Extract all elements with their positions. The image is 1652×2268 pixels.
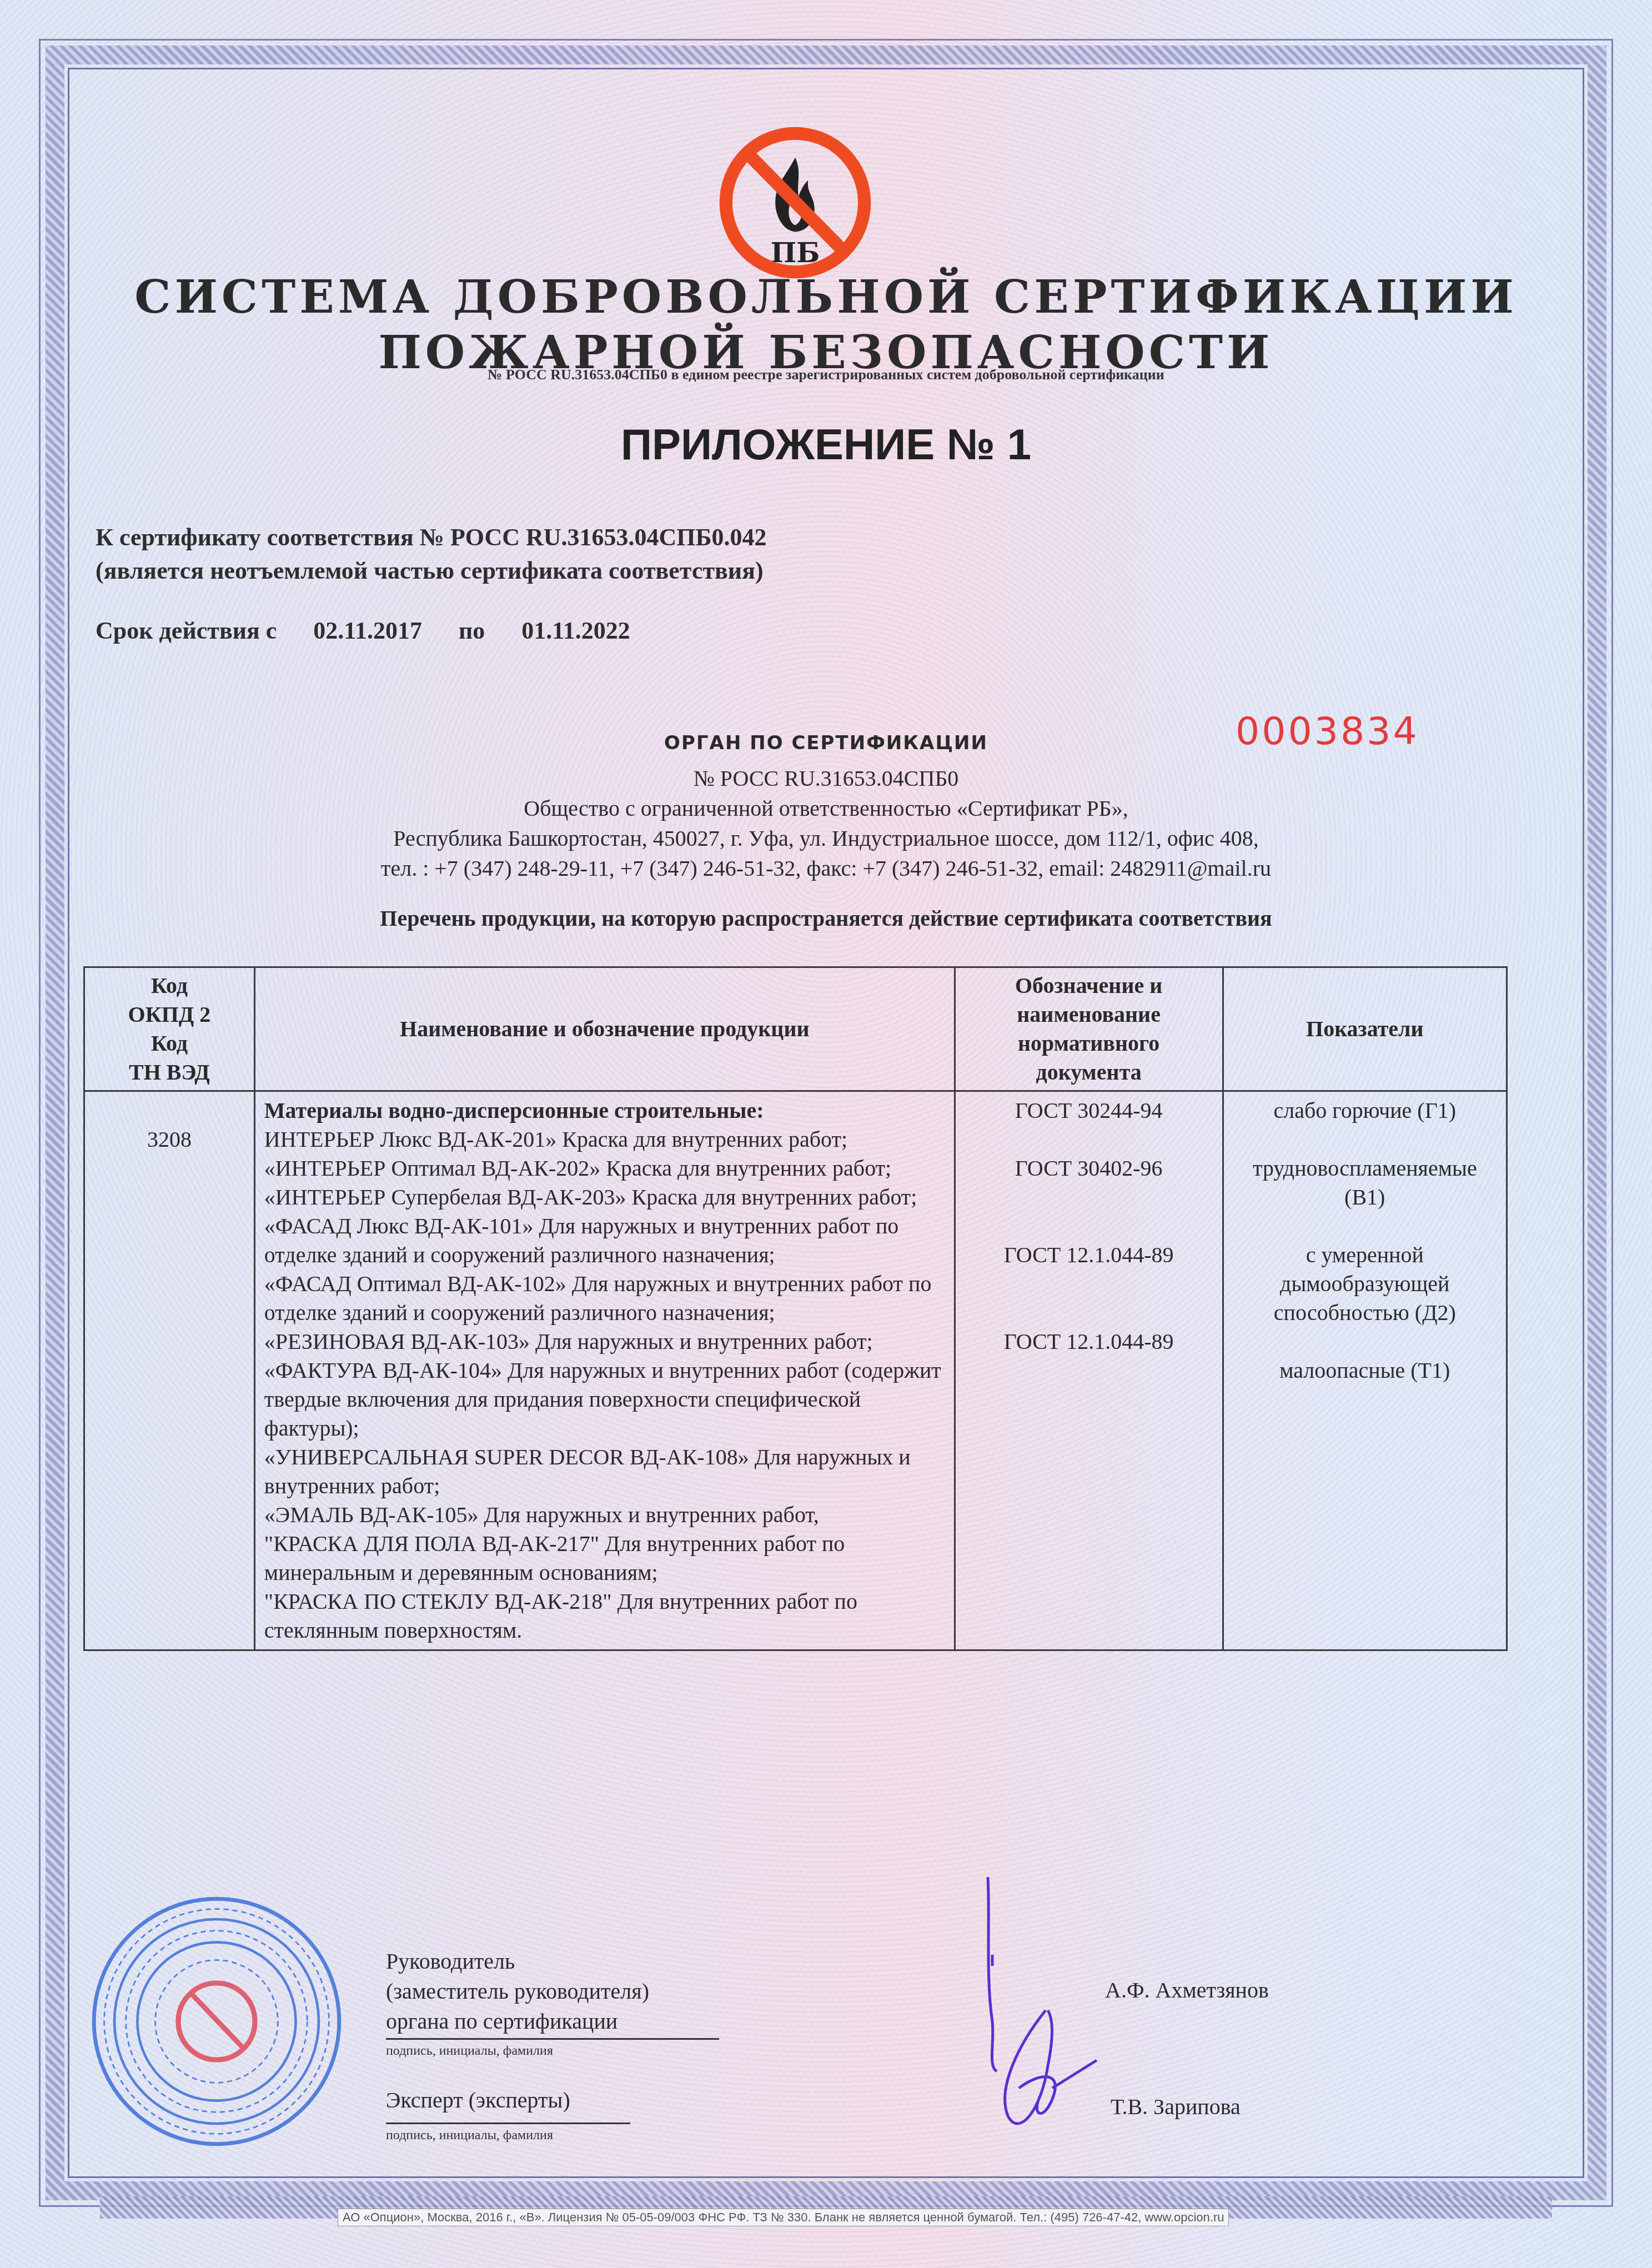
table-header-row: Код ОКПД 2 Код ТН ВЭД Наименование и обо… [84,967,1507,1091]
product-item: «УНИВЕРСАЛЬНАЯ SUPER DECOR ВД-АК-108» Дл… [264,1443,945,1501]
head-signature-caption: подпись, инициалы, фамилия [386,2044,553,2059]
expert-signature-caption: подпись, инициалы, фамилия [386,2128,553,2143]
product-items: ИНТЕРЬЕР Люкс ВД-АК-201» Краска для внут… [264,1125,945,1645]
handwritten-signature [975,1877,1152,2144]
product-item: «ИНТЕРЬЕР Супербелая ВД-АК-203» Краска д… [264,1183,945,1212]
product-item: «ЭМАЛЬ ВД-АК-105» Для наружных и внутрен… [264,1501,945,1529]
certification-body-details: № РОСС RU.31653.04СПБ0 Общество с ограни… [0,764,1652,884]
validity-to-label: по [459,616,485,645]
column-header-standard: Обозначение и наименование нормативного … [955,967,1223,1091]
certification-body-contacts: тел. : +7 (347) 248-29-11, +7 (347) 246-… [0,854,1652,884]
head-signatory-label: Руководитель (заместитель руководителя) … [386,1946,649,2036]
standard-item: ГОСТ 30402-96 [965,1154,1213,1183]
system-title: СИСТЕМА ДОБРОВОЛЬНОЙ СЕРТИФИКАЦИИ ПОЖАРН… [0,269,1652,380]
product-item: «ИНТЕРЬЕР Оптимал ВД-АК-202» Краска для … [264,1154,945,1183]
indicator-item: слабо горючие (Г1) [1233,1096,1497,1125]
registry-note: № РОСС RU.31653.04СПБ0 в едином реестре … [0,367,1652,383]
head-signature-line [386,2038,719,2040]
expert-label: Эксперт (эксперты) [386,2085,570,2115]
certificate-note: (является неотъемлемой частью сертификат… [96,554,767,588]
product-item: ИНТЕРЬЕР Люкс ВД-АК-201» Краска для внут… [264,1125,945,1154]
product-item: "КРАСКА ПО СТЕКЛУ ВД-АК-218" Для внутрен… [264,1587,945,1645]
product-item: "КРАСКА ДЛЯ ПОЛА ВД-АК-217" Для внутренн… [264,1529,945,1587]
column-header-indicators: Показатели [1223,967,1507,1091]
product-table: Код ОКПД 2 Код ТН ВЭД Наименование и обо… [83,966,1508,1651]
standard-item: ГОСТ 30244-94 [965,1096,1213,1125]
certification-body-address: Республика Башкортостан, 450027, г. Уфа,… [0,824,1652,854]
standard-item: ГОСТ 12.1.044-89 [965,1241,1213,1270]
valid-to: 01.11.2022 [521,616,630,645]
no-fire-icon: ПБ [715,122,876,283]
product-item: «ФАСАД Оптимал ВД-АК-102» Для наружных и… [264,1270,945,1327]
standards-cell: ГОСТ 30244-94 ГОСТ 30402-96 ГОСТ 12.1.04… [955,1091,1223,1650]
validity-label: Срок действия с [96,616,277,645]
product-item: «ФАСАД Люкс ВД-АК-101» Для наружных и вн… [264,1212,945,1270]
certification-body-name: Общество с ограниченной ответственностью… [0,794,1652,824]
certificate-number: К сертификату соответствия № РОСС RU.316… [96,521,767,554]
column-header-code: Код ОКПД 2 Код ТН ВЭД [84,967,255,1091]
appendix-title: ПРИЛОЖЕНИЕ № 1 [0,419,1652,470]
certification-body-heading: ОРГАН ПО СЕРТИФИКАЦИИ [0,732,1652,754]
product-group-title: Материалы водно-дисперсионные строительн… [264,1096,945,1125]
indicator-item: с умеренной дымообразующей способностью … [1233,1241,1497,1327]
product-item: «ФАКТУРА ВД-АК-104» Для наружных и внутр… [264,1356,945,1443]
product-code: 3208 [84,1091,255,1650]
certificate-reference: К сертификату соответствия № РОСС RU.316… [96,521,767,588]
system-title-line-1: СИСТЕМА ДОБРОВОЛЬНОЙ СЕРТИФИКАЦИИ [0,269,1652,325]
product-list-title: Перечень продукции, на которую распростр… [0,905,1652,931]
table-row: 3208 Материалы водно-дисперсионные строи… [84,1091,1507,1650]
printer-note: АО «Опцион», Москва, 2016 г., «В». Лицен… [338,2209,1229,2226]
indicators-cell: слабо горючие (Г1) трудновоспламеняемые … [1223,1091,1507,1650]
product-names: Материалы водно-дисперсионные строительн… [254,1091,955,1650]
product-item: «РЕЗИНОВАЯ ВД-АК-103» Для наружных и вну… [264,1327,945,1356]
indicator-item: малоопасные (Т1) [1233,1356,1497,1385]
certification-body-registration: № РОСС RU.31653.04СПБ0 [0,764,1652,794]
validity-period: Срок действия с 02.11.2017 по 01.11.2022 [96,616,630,645]
column-header-product: Наименование и обозначение продукции [254,967,955,1091]
valid-from: 02.11.2017 [313,616,422,645]
standard-item: ГОСТ 12.1.044-89 [965,1327,1213,1356]
indicator-item: трудновоспламеняемые (В1) [1233,1154,1497,1212]
round-seal-stamp-icon [89,1894,344,2149]
expert-signature-line [386,2123,630,2124]
